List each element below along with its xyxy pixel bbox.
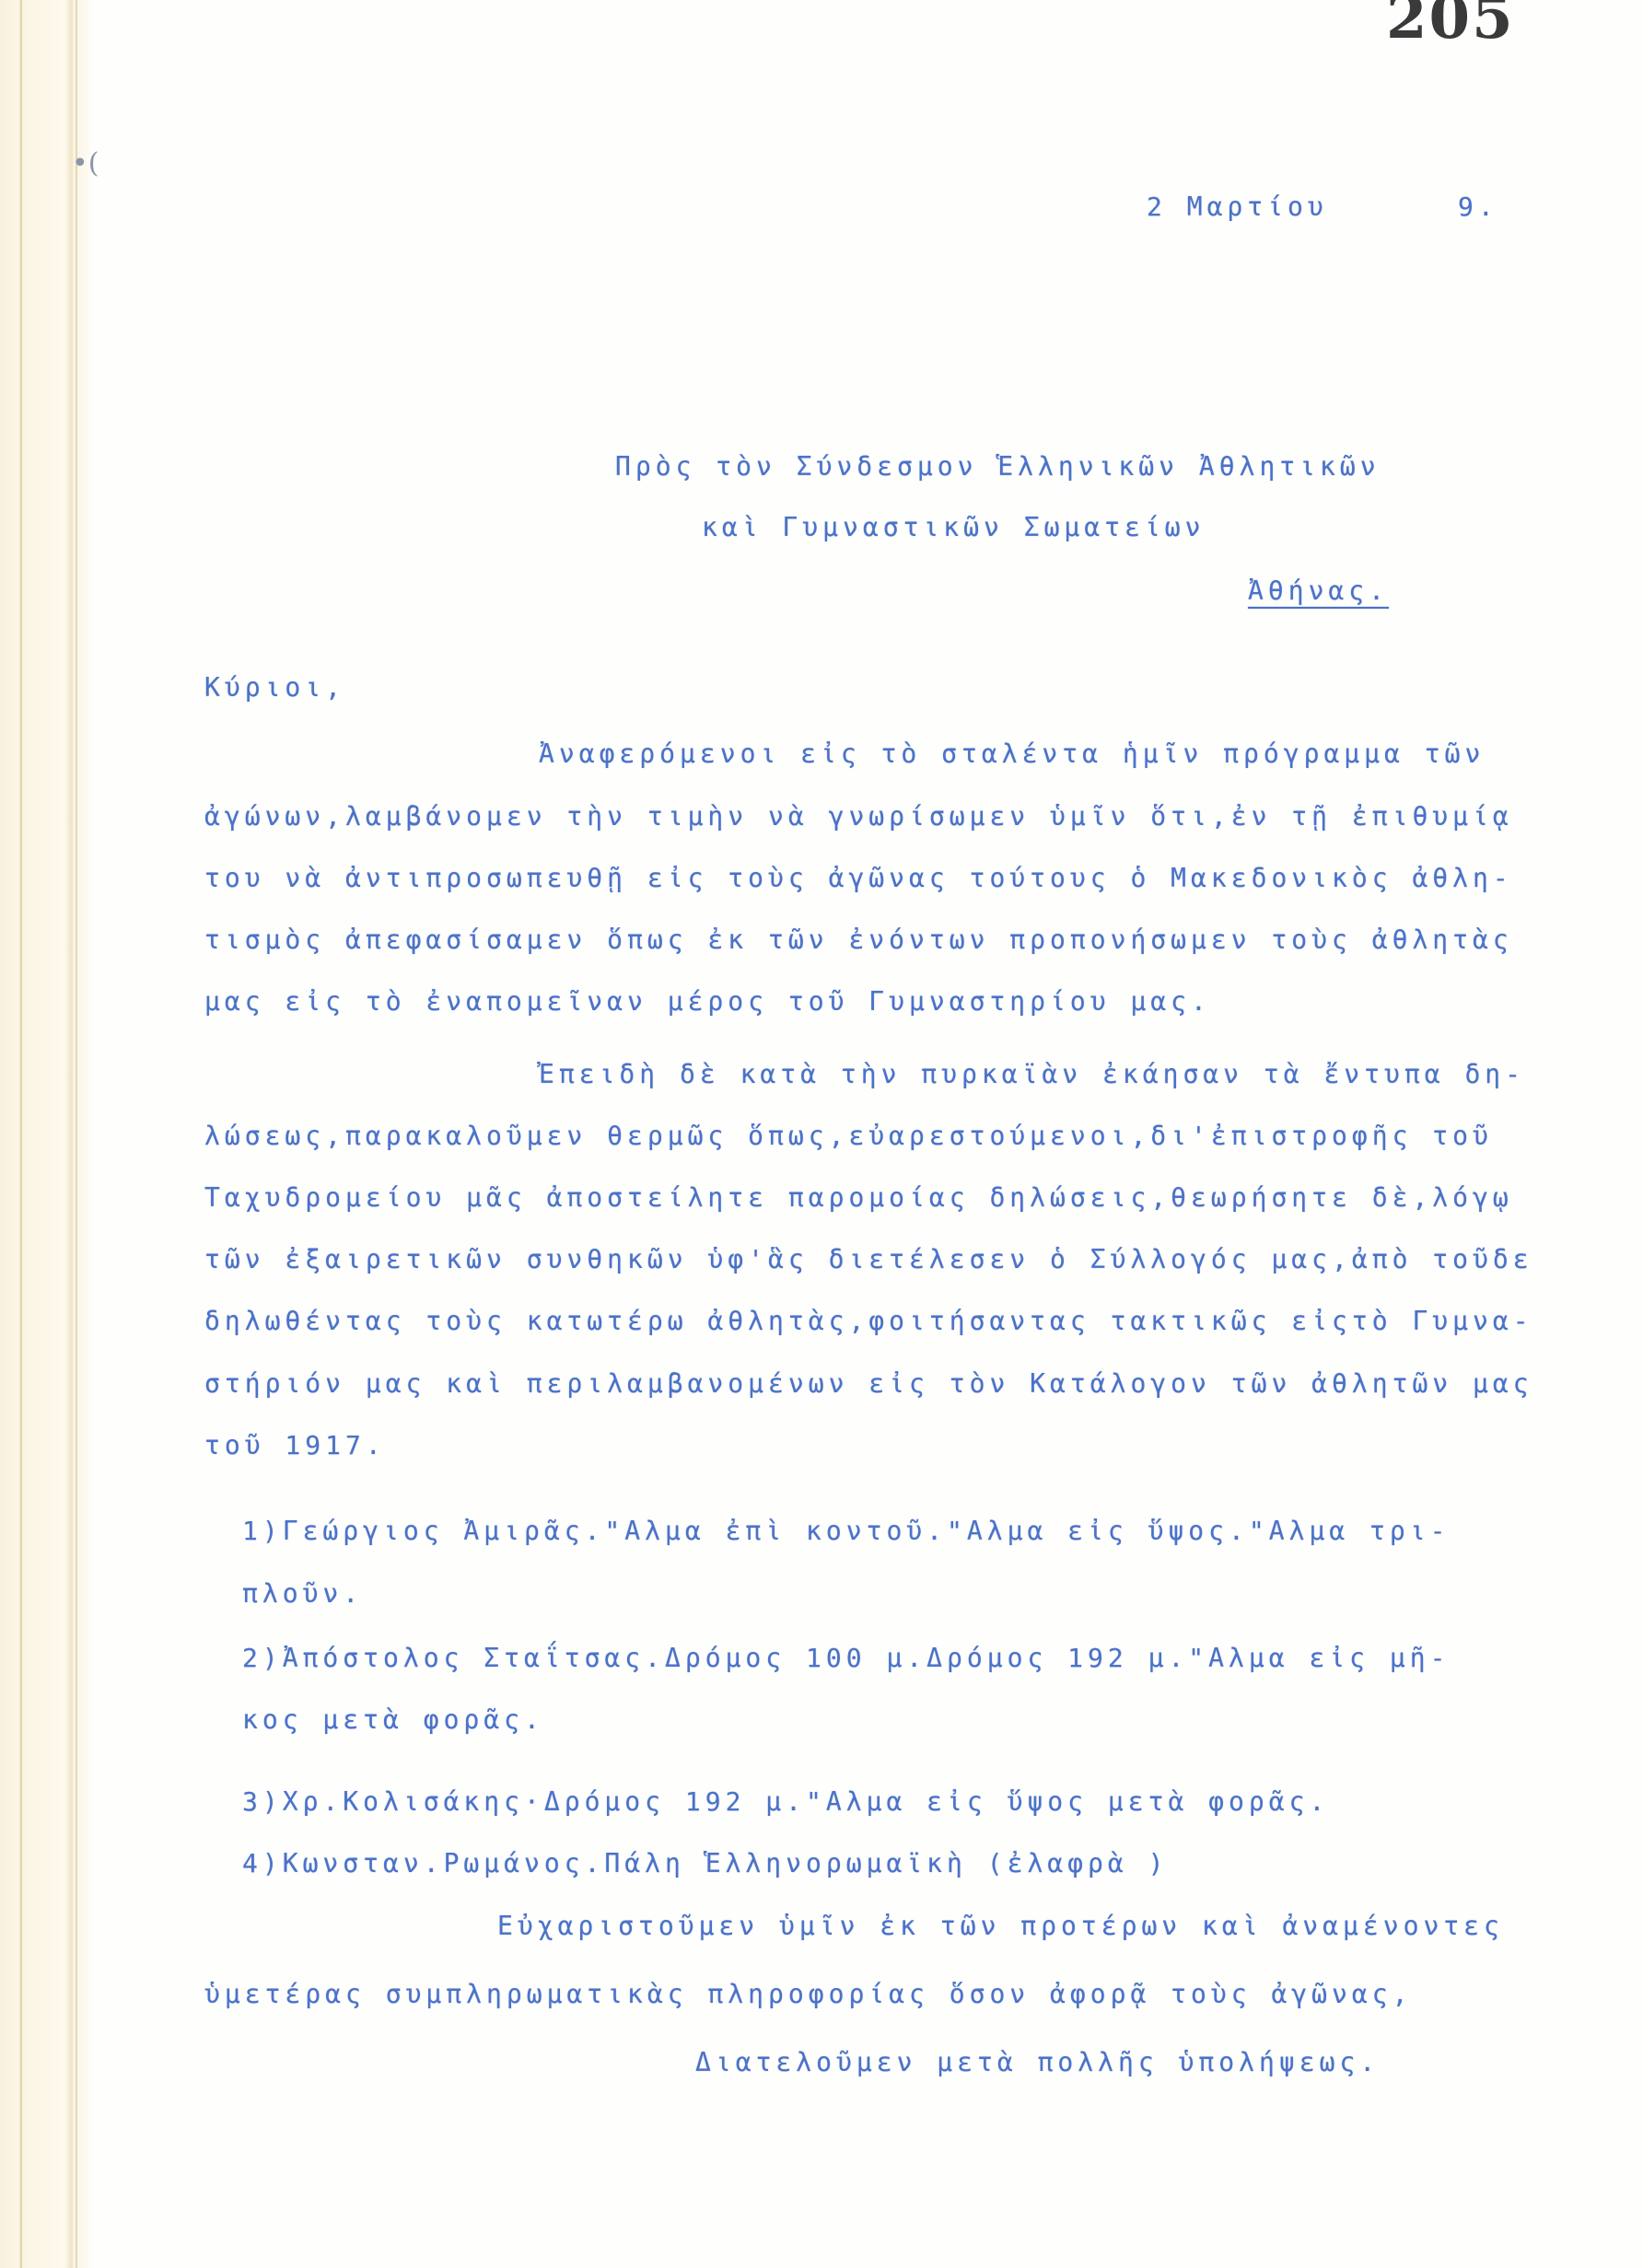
binding-line [76,0,77,2268]
date-day-month: 2 Μαρτίου [1147,192,1328,222]
paragraph-line: λώσεως,παρακαλοῦμεν θερμῶς ὅπως,εὐαρεστο… [204,1121,1493,1151]
binding-line [20,0,22,2268]
recipient-line-2: καὶ Γυμναστικῶν Σωματείων [702,512,1205,542]
paragraph-line: μας εἰς τὸ ἐναπομεῖναν μέρος τοῦ Γυμναστ… [204,986,1211,1017]
athlete-entry-2-cont: κος μετὰ φορᾶς. [242,1704,544,1735]
athlete-entry-4: 4)Κωνσταν.Ρωμάνος.Πάλη Ἑλληνορωμαϊκὴ (ἐλ… [242,1848,1168,1878]
paragraph-line: του νὰ ἀντιπροσωπευθῇ εἰς τοὺς ἀγῶνας το… [204,863,1513,893]
paragraph-line: τισμὸς ἀπεφασίσαμεν ὅπως ἐκ τῶν ἐνόντων … [204,925,1513,955]
binding-edge [0,0,92,2268]
recipient-line-1: Πρὸς τὸν Σύνδεσμον Ἑλληνικῶν Ἀθλητικῶν [615,451,1381,482]
closing-line: ὑμετέρας συμπληρωματικὰς πληροφορίας ὅσο… [204,1979,1412,2009]
salutation: Κύριοι, [204,672,345,703]
closing-line: Εὐχαριστοῦμεν ὑμῖν ἐκ τῶν προτέρων καὶ ἀ… [497,1911,1504,1941]
paragraph-line: Ταχυδρομείου μᾶς ἀποστείλητε παρομοίας δ… [204,1182,1513,1213]
athlete-entry-2: 2)Ἀπόστολος Σταΐτσας.Δρόμος 100 μ.Δρόμος… [242,1643,1450,1673]
margin-mark: •( [72,147,99,180]
recipient-city: Ἀθήνας. [1248,576,1389,606]
closing-signoff: Διατελοῦμεν μετὰ πολλῆς ὑπολήψεως. [695,2047,1380,2077]
paragraph-line: δηλωθέντας τοὺς κατωτέρω ἀθλητὰς,φοιτήσα… [204,1306,1533,1336]
athlete-entry-1: 1)Γεώργιος Ἀμιρᾶς."Αλμα ἐπὶ κοντοῦ."Αλμα… [242,1516,1450,1546]
paragraph-line: ἀγώνων,λαμβάνομεν τὴν τιμὴν νὰ γνωρίσωμε… [204,801,1513,832]
athlete-entry-3: 3)Χρ.Κολισάκης·Δρόμος 192 μ."Αλμα εἰς ὕψ… [242,1786,1329,1817]
date-year: 9. [1458,192,1498,222]
page-number-stamp: 205 [1386,0,1515,52]
paragraph-line: Ἐπειδὴ δὲ κατὰ τὴν πυρκαϊὰν ἐκάησαν τὰ ἔ… [539,1059,1525,1089]
paragraph-line: τῶν ἐξαιρετικῶν συνθηκῶν ὑφ'ἃς διετέλεσε… [204,1244,1533,1274]
athlete-entry-1-cont: πλοῦν. [242,1578,363,1609]
paragraph-line: τοῦ 1917. [204,1430,386,1460]
paragraph-line: Ἀναφερόμενοι εἰς τὸ σταλέντα ἡμῖν πρόγρα… [539,739,1485,769]
paragraph-line: στήριόν μας καὶ περιλαμβανομένων εἰς τὸν… [204,1368,1533,1399]
